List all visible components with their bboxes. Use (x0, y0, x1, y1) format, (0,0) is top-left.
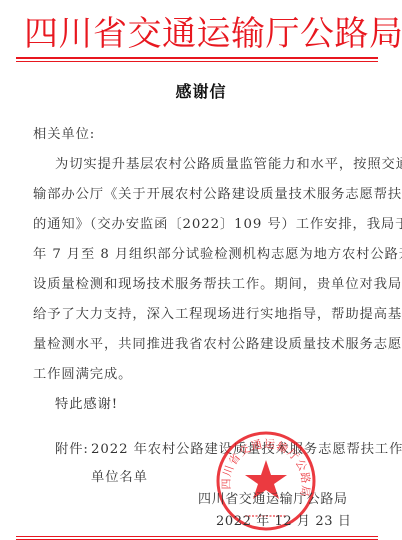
footer-rule-top (16, 536, 378, 537)
body-line: 为切实提升基层农村公路质量监管能力和水平，按照交通运 (55, 156, 402, 174)
signature-date: 2022 年 12 月 23 日 (216, 510, 351, 529)
body-line: 的通知》（交办安监函〔2022〕109 号）工作安排，我局于 2022 (33, 216, 402, 234)
body-line: 输部办公厅《关于开展农村公路建设质量技术服务志愿帮扶工作 (33, 186, 402, 204)
document-title: 感谢信 (0, 79, 402, 102)
body-line: 量检测水平，共同推进我省农村公路建设质量技术服务志愿帮扶 (33, 336, 402, 354)
salutation: 相关单位: (33, 126, 95, 144)
body-line: 工作圆满完成。 (33, 366, 132, 384)
attachment-label: 附件: (55, 441, 89, 459)
letterhead-rule-top (16, 57, 378, 59)
letterhead-title: 四川省交通运输厅公路局 (24, 12, 374, 56)
attachment-line: 单位名单 (91, 469, 148, 487)
letterhead-rule-bottom (16, 61, 378, 62)
body-line: 给予了大力支持，深入工程现场进行实地指导，帮助提高基层质 (33, 306, 402, 324)
signature-org: 四川省交通运输厅公路局 (198, 488, 348, 507)
body-line: 年 7 月至 8 月组织部分试验检测机构志愿为地方农村公路开展建 (33, 246, 402, 264)
closing: 特此感谢! (55, 396, 118, 414)
body-line: 设质量检测和现场技术服务帮扶工作。期间，贵单位对我局工作 (33, 276, 402, 294)
